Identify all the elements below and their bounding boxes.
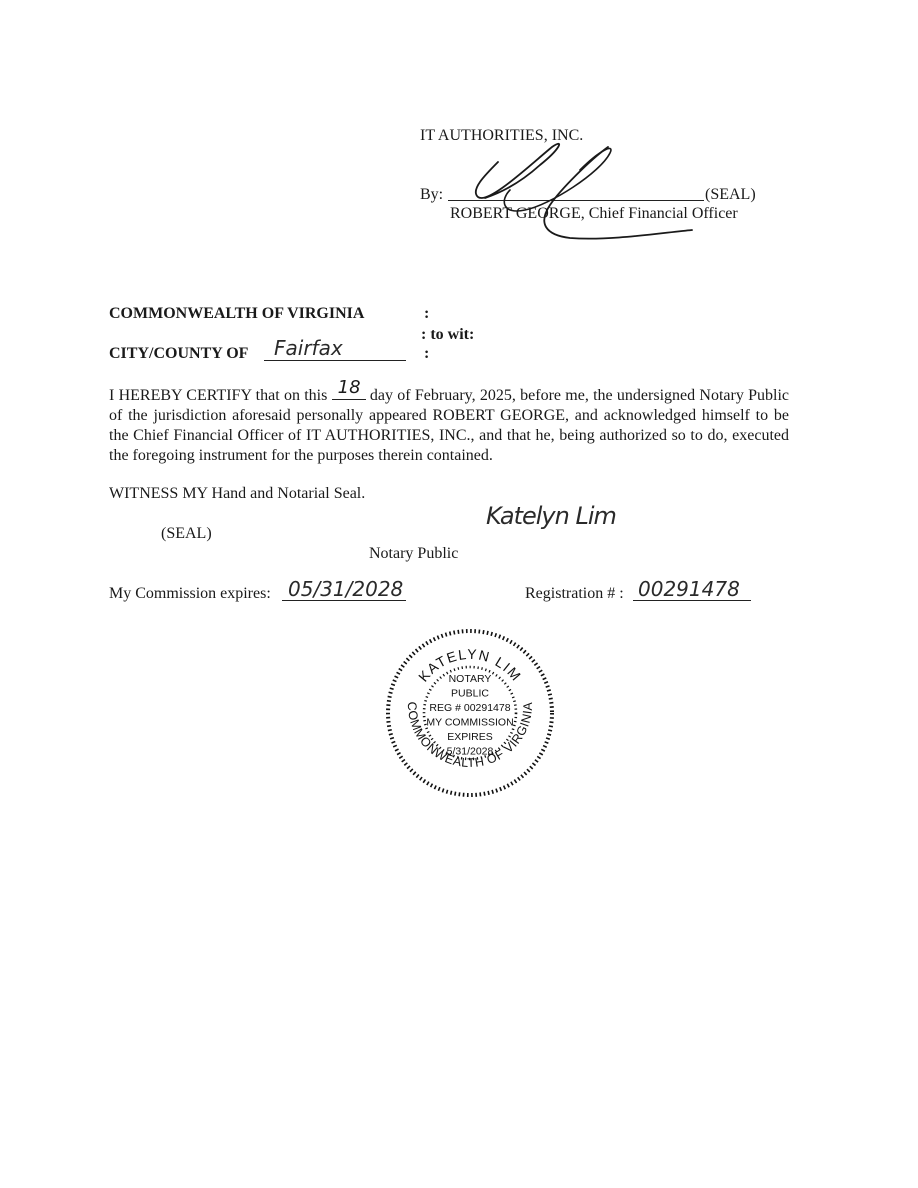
registration-value: 00291478 [638, 577, 740, 601]
venue-to-wit: : to wit: [421, 326, 474, 344]
certification-paragraph: I HEREBY CERTIFY that on this 18 day of … [109, 384, 789, 466]
day-field: 18 [332, 384, 366, 400]
day-value: 18 [338, 378, 361, 398]
stamp-line: 5/31/2028 [447, 746, 494, 758]
registration-label: Registration # : [525, 585, 624, 603]
seal-label-company: (SEAL) [705, 186, 756, 204]
stamp-line: PUBLIC [451, 688, 489, 700]
venue-colon-2: : [424, 345, 429, 363]
stamp-line: REG # 00291478 [429, 702, 510, 714]
county-value: Fairfax [274, 336, 343, 360]
stamp-line: EXPIRES [447, 731, 493, 743]
stamp-line: NOTARY [449, 673, 492, 685]
notary-seal-label: (SEAL) [161, 525, 212, 543]
commission-label: My Commission expires: [109, 585, 271, 603]
signature-robert-george [440, 135, 710, 245]
venue-colon-1: : [424, 305, 429, 323]
county-line [264, 360, 406, 361]
notary-stamp: KATELYN LIM COMMONWEALTH OF VIRGINIA NOT… [384, 627, 556, 799]
venue-state: COMMONWEALTH OF VIRGINIA [109, 305, 364, 323]
venue-county-label: CITY/COUNTY OF [109, 345, 248, 363]
witness-line: WITNESS MY Hand and Notarial Seal. [109, 485, 365, 503]
commission-value: 05/31/2028 [288, 577, 403, 601]
certification-prefix: I HEREBY CERTIFY that on this [109, 387, 327, 404]
stamp-line: MY COMMISSION [426, 717, 513, 729]
notary-title: Notary Public [369, 545, 458, 563]
stamp-center-text: NOTARYPUBLICREG # 00291478MY COMMISSIONE… [426, 673, 513, 758]
notary-signature: Katelyn Lim [486, 502, 616, 530]
